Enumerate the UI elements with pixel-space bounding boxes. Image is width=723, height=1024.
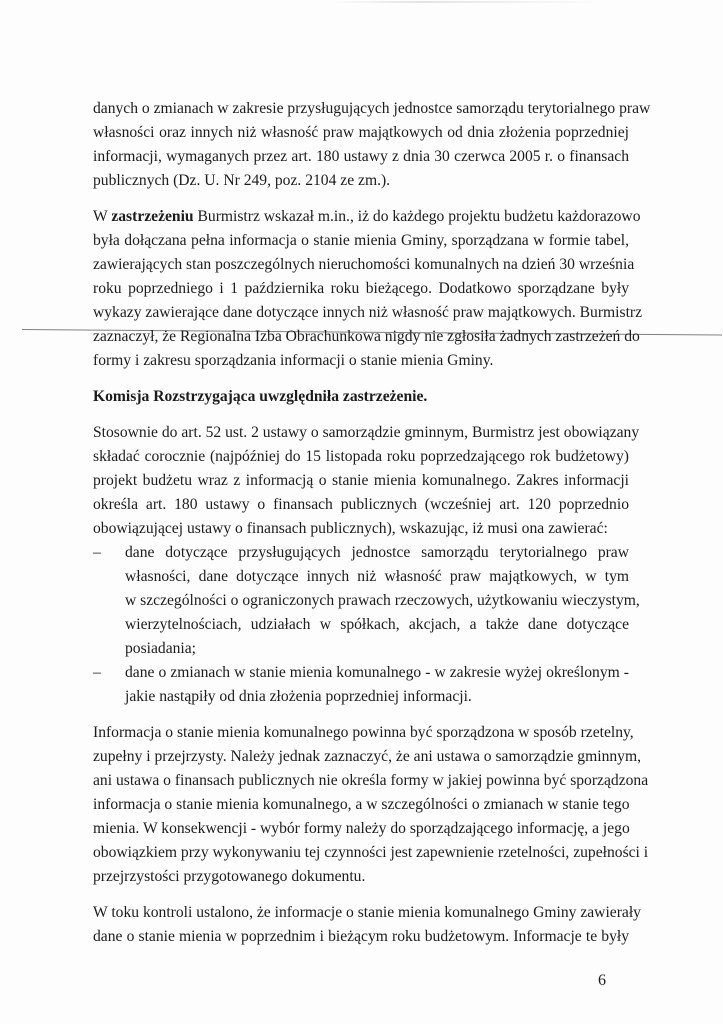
emphasis-zastrzezeniu: zastrzeżeniu — [111, 208, 193, 225]
paragraph-5: W toku kontroli ustalono, że informacje … — [93, 901, 629, 949]
section-heading: Komisja Rozstrzygająca uwzględniła zastr… — [93, 385, 629, 409]
text-line: jakie nastąpiły od dnia złożenia poprzed… — [125, 685, 629, 709]
dash-bullet-icon: – — [93, 541, 113, 565]
text-line: formy i zakresu sporządzania informacji … — [93, 349, 629, 373]
text-line: ani ustawa o finansach publicznych nie o… — [93, 769, 629, 793]
text-line: przejrzystości przygotowanego dokumentu. — [93, 865, 629, 889]
document-body: danych o zmianach w zakresie przysługują… — [93, 97, 629, 949]
text-line: informacja o stanie mienia komunalnego, … — [93, 793, 629, 817]
text-line: Informacja o stanie mienia komunalnego p… — [93, 721, 629, 745]
dash-bullet-icon: – — [93, 661, 113, 685]
text-line: zaznaczył, że Regionalna Izba Obrachunko… — [93, 325, 629, 349]
text-line: W toku kontroli ustalono, że informacje … — [93, 901, 629, 925]
paragraph-3: Stosownie do art. 52 ust. 2 ustawy o sam… — [93, 421, 629, 541]
scan-artifact — [330, 1, 600, 3]
text-line: dane dotyczące przysługujących jednostce… — [125, 541, 629, 565]
text-line: była dołączana pełna informacja o stanie… — [93, 229, 629, 253]
paragraph-2: W zastrzeżeniu Burmistrz wskazał m.in., … — [93, 205, 629, 373]
requirements-list: – dane dotyczące przysługujących jednost… — [93, 541, 629, 709]
document-page: danych o zmianach w zakresie przysługują… — [0, 0, 723, 1024]
text-line: składać corocznie (najpóźniej do 15 list… — [93, 445, 629, 469]
text-line: dane o zmianach w stanie mienia komunaln… — [125, 661, 629, 685]
text-line: zawierających stan poszczególnych nieruc… — [93, 253, 629, 277]
text-line: roku poprzedniego i 1 października roku … — [93, 277, 629, 301]
text-line: wierzytelnościach, udziałach w spółkach,… — [125, 613, 629, 637]
text-line: własności oraz innych niż własność praw … — [93, 121, 629, 145]
text-line: posiadania; — [125, 637, 629, 661]
text-line: zupełny i przejrzysty. Należy jednak zaz… — [93, 745, 629, 769]
text-fragment: W — [93, 208, 111, 225]
text-line: projekt budżetu wraz z informacją o stan… — [93, 469, 629, 493]
text-fragment: Burmistrz wskazał m.in., iż do każdego p… — [194, 208, 641, 225]
text-line: publicznych (Dz. U. Nr 249, poz. 2104 ze… — [93, 169, 629, 193]
text-line: określa art. 180 ustawy o finansach publ… — [93, 493, 629, 517]
heading-text: Komisja Rozstrzygająca uwzględniła zastr… — [93, 385, 629, 409]
list-item: – dane dotyczące przysługujących jednost… — [93, 541, 629, 661]
list-item: – dane o zmianach w stanie mienia komuna… — [93, 661, 629, 709]
text-line: własności, dane dotyczące innych niż wła… — [125, 565, 629, 589]
text-line: dane o stanie mienia w poprzednim i bież… — [93, 925, 629, 949]
text-line: obowiązującej ustawy o finansach publicz… — [93, 517, 629, 541]
text-line: W zastrzeżeniu Burmistrz wskazał m.in., … — [93, 205, 629, 229]
text-line: mienia. W konsekwencji - wybór formy nal… — [93, 817, 629, 841]
text-line: w szczególności o ograniczonych prawach … — [125, 589, 629, 613]
paragraph-4: Informacja o stanie mienia komunalnego p… — [93, 721, 629, 889]
text-line: informacji, wymaganych przez art. 180 us… — [93, 145, 629, 169]
text-line: wykazy zawierające dane dotyczące innych… — [93, 301, 629, 325]
page-number: 6 — [598, 972, 606, 990]
text-line: Stosownie do art. 52 ust. 2 ustawy o sam… — [93, 421, 629, 445]
text-line: danych o zmianach w zakresie przysługują… — [93, 97, 629, 121]
paragraph-1: danych o zmianach w zakresie przysługują… — [93, 97, 629, 193]
text-line: obowiązkiem przy wykonywaniu tej czynnoś… — [93, 841, 629, 865]
